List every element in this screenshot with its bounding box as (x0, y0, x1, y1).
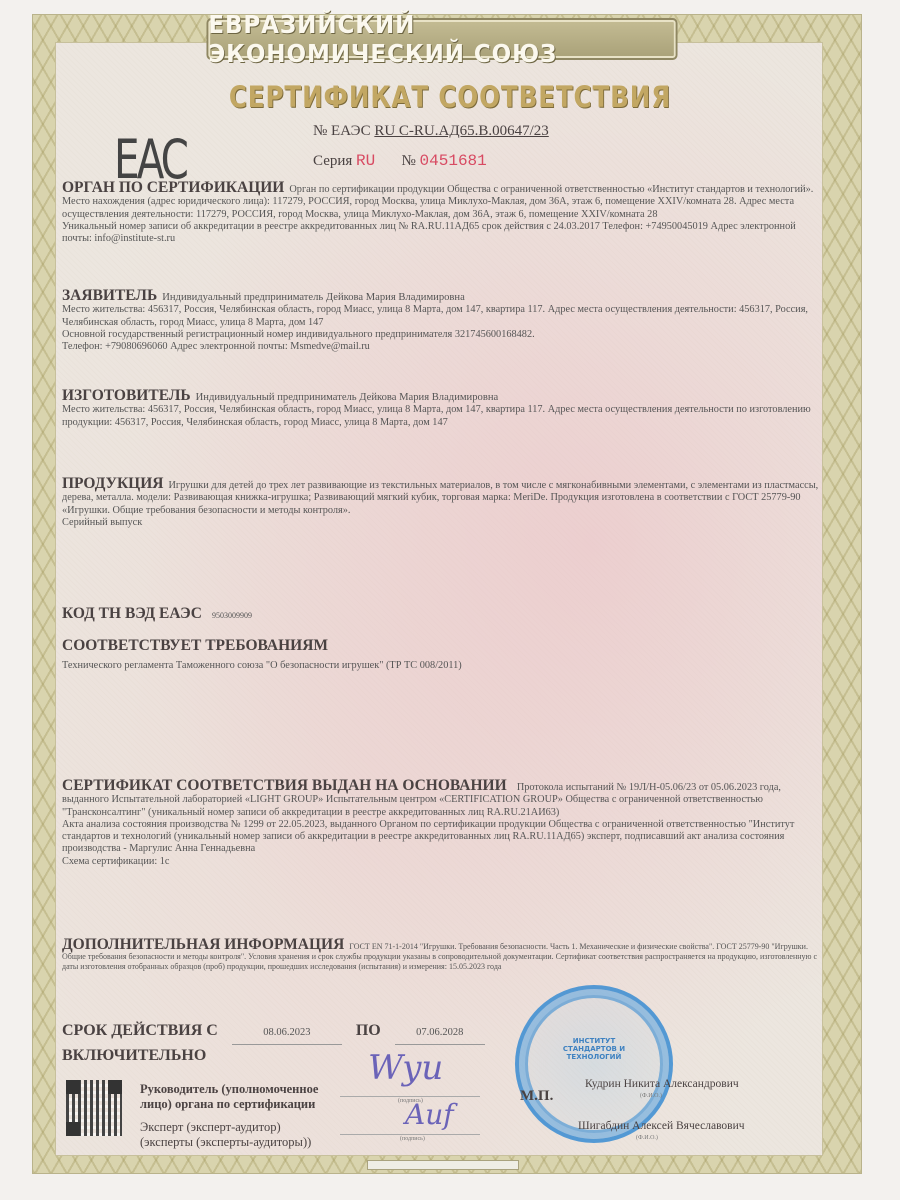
certificate-number: № ЕАЭС RU C-RU.АД65.В.00647/23 (313, 123, 549, 140)
head-name: Кудрин Никита Александрович (585, 1078, 739, 1090)
section-heading: ОРГАН ПО СЕРТИФИКАЦИИ (62, 179, 284, 196)
hs-code-value: 9503009909 (212, 611, 252, 620)
number-label: № ЕАЭС (313, 123, 371, 139)
applicant-name: Индивидуальный предприниматель Дейкова М… (162, 292, 465, 303)
fio-caption: (Ф.И.О.) (640, 1093, 662, 1099)
section-heading: СЕРТИФИКАТ СООТВЕТСТВИЯ ВЫДАН НА ОСНОВАН… (62, 777, 507, 794)
head-label: Руководитель (уполномоченное лицо) орган… (140, 1082, 318, 1112)
compliance-section: СООТВЕТСТВУЕТ ТРЕБОВАНИЯМ Технического р… (62, 640, 820, 673)
head-signature-line (340, 1096, 480, 1097)
expert-label: Эксперт (эксперт-аудитор) (эксперты (экс… (140, 1120, 311, 1150)
stamp-text: ИНСТИТУТ СТАНДАРТОВ И ТЕХНОЛОГИЙ (549, 1037, 639, 1061)
expert-signature-line (340, 1134, 480, 1135)
expert-signature: Auf (405, 1098, 454, 1131)
product-section: ПРОДУКЦИЯИгрушки для детей до трех лет р… (62, 478, 820, 529)
fio-caption: (Ф.И.О.) (636, 1135, 658, 1141)
signature-caption: (подпись) (400, 1136, 425, 1142)
section-heading: СООТВЕТСТВУЕТ ТРЕБОВАНИЯМ (62, 637, 328, 654)
series-label: Серия (313, 153, 352, 169)
validity-from-label: СРОК ДЕЙСТВИЯ С (62, 1022, 218, 1039)
applicant-address: Место жительства: 456317, Россия, Челяби… (62, 304, 820, 329)
certificate-series: Серия RU № 0451681 (313, 152, 487, 170)
blank-number-value: 0451681 (420, 152, 487, 170)
manufacturer-name: Индивидуальный предприниматель Дейкова М… (196, 392, 499, 403)
product-release: Серийный выпуск (62, 517, 820, 529)
section-heading: ДОПОЛНИТЕЛЬНАЯ ИНФОРМАЦИЯ (62, 936, 344, 953)
manufacturer-address: Место жительства: 456317, Россия, Челяби… (62, 404, 820, 429)
footer-microtext-plate (367, 1160, 519, 1170)
applicant-ogrnip: Основной государственный регистрационный… (62, 329, 820, 341)
additional-info-section: ДОПОЛНИТЕЛЬНАЯ ИНФОРМАЦИЯГОСТ EN 71-1-20… (62, 940, 820, 972)
manufacturer-section: ИЗГОТОВИТЕЛЬИндивидуальный предпринимате… (62, 390, 820, 429)
section-heading: КОД ТН ВЭД ЕАЭС (62, 605, 202, 622)
head-label-line-2: лицо) органа по сертификации (140, 1097, 318, 1112)
head-label-line-1: Руководитель (уполномоченное (140, 1082, 318, 1097)
qr-code-icon[interactable] (66, 1080, 122, 1136)
basis-section: СЕРТИФИКАТ СООТВЕТСТВИЯ ВЫДАН НА ОСНОВАН… (62, 780, 820, 868)
expert-name: Шигабдин Алексей Вячеславович (578, 1120, 745, 1132)
expert-label-line-1: Эксперт (эксперт-аудитор) (140, 1120, 311, 1135)
certification-body-section: ОРГАН ПО СЕРТИФИКАЦИИОрган по сертификац… (62, 182, 820, 245)
compliance-text: Технического регламента Таможенного союз… (62, 660, 820, 672)
validity-to-label: ПО (356, 1022, 381, 1039)
expert-label-line-2: (эксперты (эксперты-аудиторы)) (140, 1135, 311, 1150)
union-banner: ЕВРАЗИЙСКИЙ ЭКОНОМИЧЕСКИЙ СОЮЗ (206, 18, 677, 60)
applicant-contacts: Телефон: +79080696060 Адрес электронной … (62, 341, 820, 353)
series-value: RU (356, 152, 375, 170)
basis-scheme: Схема сертификации: 1с (62, 856, 820, 868)
section-heading: ЗАЯВИТЕЛЬ (62, 287, 157, 304)
validity-inclusive: ВКЛЮЧИТЕЛЬНО (62, 1047, 206, 1064)
blank-number-label: № (401, 153, 415, 169)
stamp-label: М.П. (520, 1088, 553, 1105)
applicant-section: ЗАЯВИТЕЛЬИндивидуальный предприниматель … (62, 290, 820, 353)
basis-analysis: Акта анализа состояния производства № 12… (62, 819, 820, 856)
certificate-title: СЕРТИФИКАТ СООТВЕТСТВИЯ (68, 80, 833, 114)
section-heading: ПРОДУКЦИЯ (62, 475, 164, 492)
head-signature: Wyu (368, 1048, 443, 1088)
accreditation-text: Уникальный номер записи об аккредитации … (62, 221, 820, 246)
product-text: Игрушки для детей до трех лет развивающи… (62, 480, 818, 516)
hs-code-section: КОД ТН ВЭД ЕАЭС 9503009909 (62, 608, 820, 622)
validity-from-date: 08.06.2023 (232, 1022, 342, 1045)
section-heading: ИЗГОТОВИТЕЛЬ (62, 387, 191, 404)
validity-to-date: 07.06.2028 (395, 1022, 485, 1045)
number-value: RU C-RU.АД65.В.00647/23 (374, 123, 548, 139)
